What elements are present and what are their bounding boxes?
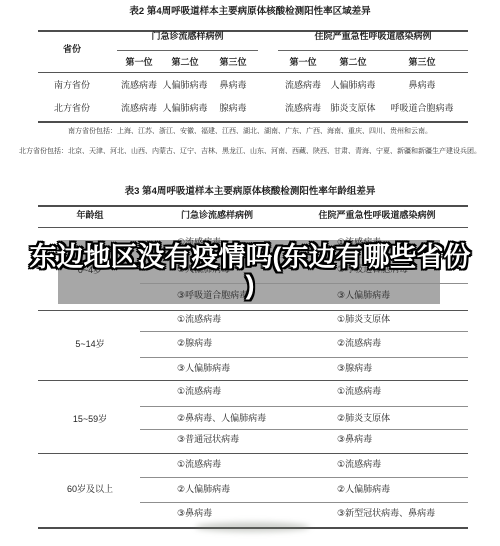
report-page: 表2 第4周呼吸道样本主要病原体核酸检测阳性率区域差异 省份 门急诊流感样病例 … xyxy=(0,0,500,546)
table3-header-age: 年龄组 xyxy=(45,211,135,220)
table2-cell: 腺病毒 xyxy=(196,104,270,113)
table3-cell: ③新型冠状病毒、鼻病毒 xyxy=(337,509,435,518)
table3-cell: ①流感病毒 xyxy=(337,460,381,469)
table3-header-inpatient: 住院严重急性呼吸道感染病例 xyxy=(307,211,447,220)
table2-rank-header: 第三位 xyxy=(374,58,470,67)
table3-cell: ③普通冠状病毒 xyxy=(177,435,239,444)
table3-cell: ②流感病毒 xyxy=(337,339,381,348)
table2-row-label: 北方省份 xyxy=(40,104,104,113)
table3-age-label: 5~14岁 xyxy=(45,340,135,349)
table2-row-label: 南方省份 xyxy=(40,81,104,90)
table3-entry-divider xyxy=(140,429,468,430)
table3-entry-divider xyxy=(140,406,468,407)
table3-header-outpatient: 门急诊流感样病例 xyxy=(147,211,287,220)
table3-entry-divider xyxy=(140,502,468,503)
table3-row-divider xyxy=(38,310,468,311)
table3-age-label: 60岁及以上 xyxy=(45,485,135,494)
table2-cell: 鼻病毒 xyxy=(196,81,270,90)
table3-cell: ②鼻病毒、人偏肺病毒 xyxy=(177,414,266,423)
table2-cell: 呼吸道合胞病毒 xyxy=(374,104,470,113)
table2-header-divider xyxy=(38,72,468,73)
table2-note-north: 北方省份包括：北京、天津、河北、山西、内蒙古、辽宁、吉林、黑龙江、山东、河南、西… xyxy=(0,147,500,156)
table2-rank-header: 第三位 xyxy=(196,58,270,67)
table2-group2-underline xyxy=(278,50,468,51)
table3-entry-divider xyxy=(140,331,468,332)
table2-title: 表2 第4周呼吸道样本主要病原体核酸检测阳性率区域差异 xyxy=(0,7,500,16)
blur-smudge xyxy=(195,522,310,532)
table3-top-border xyxy=(38,205,468,207)
watermark-title: 东边地区没有疫情吗(东边有哪些省份 ) xyxy=(0,243,500,299)
table2-bottom-border xyxy=(38,121,468,123)
table3-cell: ③腺病毒 xyxy=(337,364,372,373)
table3-entry-divider xyxy=(140,357,468,358)
table3-header-divider xyxy=(38,227,468,228)
table2-header-outpatient-group: 门急诊流感样病例 xyxy=(117,32,258,41)
watermark-title-line1: 东边地区没有疫情吗(东边有哪些省份 xyxy=(0,243,500,271)
table3-cell: ③鼻病毒 xyxy=(337,435,372,444)
table3-cell: ②人偏肺病毒 xyxy=(177,485,230,494)
table3-title: 表3 第4周呼吸道样本主要病原体核酸检测阳性率年龄组差异 xyxy=(0,187,500,196)
table2-cell: 鼻病毒 xyxy=(374,81,470,90)
table3-cell: ③人偏肺病毒 xyxy=(177,364,230,373)
table3-row-divider xyxy=(38,453,468,454)
table3-cell: ③鼻病毒 xyxy=(177,509,212,518)
table2-header-inpatient-group: 住院严重急性呼吸道感染病例 xyxy=(278,32,468,41)
table3-cell: ②人偏肺病毒 xyxy=(337,485,390,494)
table3-cell: ①流感病毒 xyxy=(337,387,381,396)
table3-entry-divider xyxy=(140,477,468,478)
table3-cell: ①流感病毒 xyxy=(177,315,221,324)
watermark-title-line2: ) xyxy=(0,271,500,299)
table2-group1-underline xyxy=(117,50,258,51)
table3-cell: ①肺炎支原体 xyxy=(337,315,390,324)
table2-note-south: 南方省份包括：上海、江苏、浙江、安徽、福建、江西、湖北、湖南、广东、广西、海南、… xyxy=(0,127,500,136)
table3-cell: ②腺病毒 xyxy=(177,339,212,348)
table3-cell: ①流感病毒 xyxy=(177,387,221,396)
table3-age-label: 15~59岁 xyxy=(45,415,135,424)
table2-header-province: 省份 xyxy=(40,45,104,54)
table3-row-divider xyxy=(38,380,468,381)
table3-cell: ①流感病毒 xyxy=(177,460,221,469)
table3-cell: ②肺炎支原体 xyxy=(337,414,390,423)
